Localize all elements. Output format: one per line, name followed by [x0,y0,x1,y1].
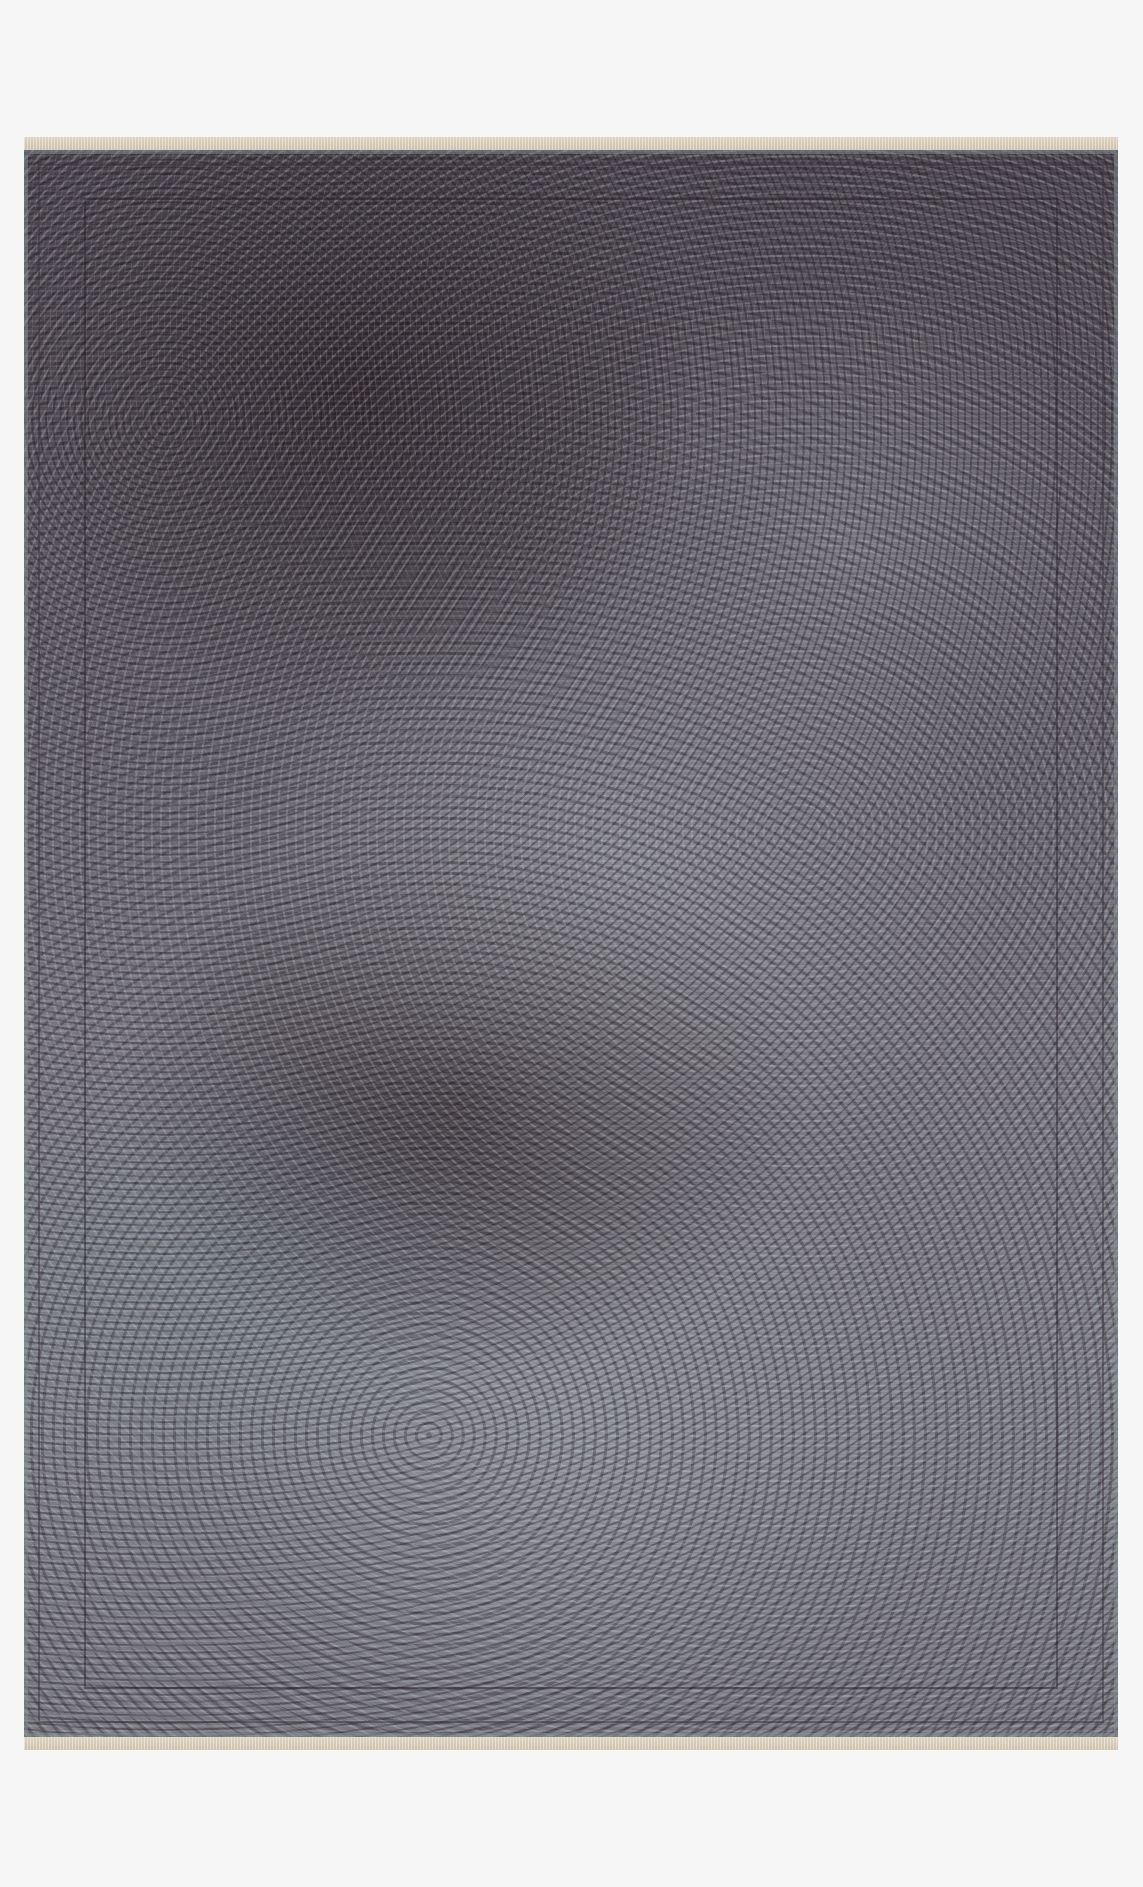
rug-photo [24,137,1118,1750]
top-fringe [24,137,1118,150]
bottom-fringe [24,1737,1118,1750]
rug-binding-edge [24,150,1118,1737]
rug-body [24,150,1118,1737]
